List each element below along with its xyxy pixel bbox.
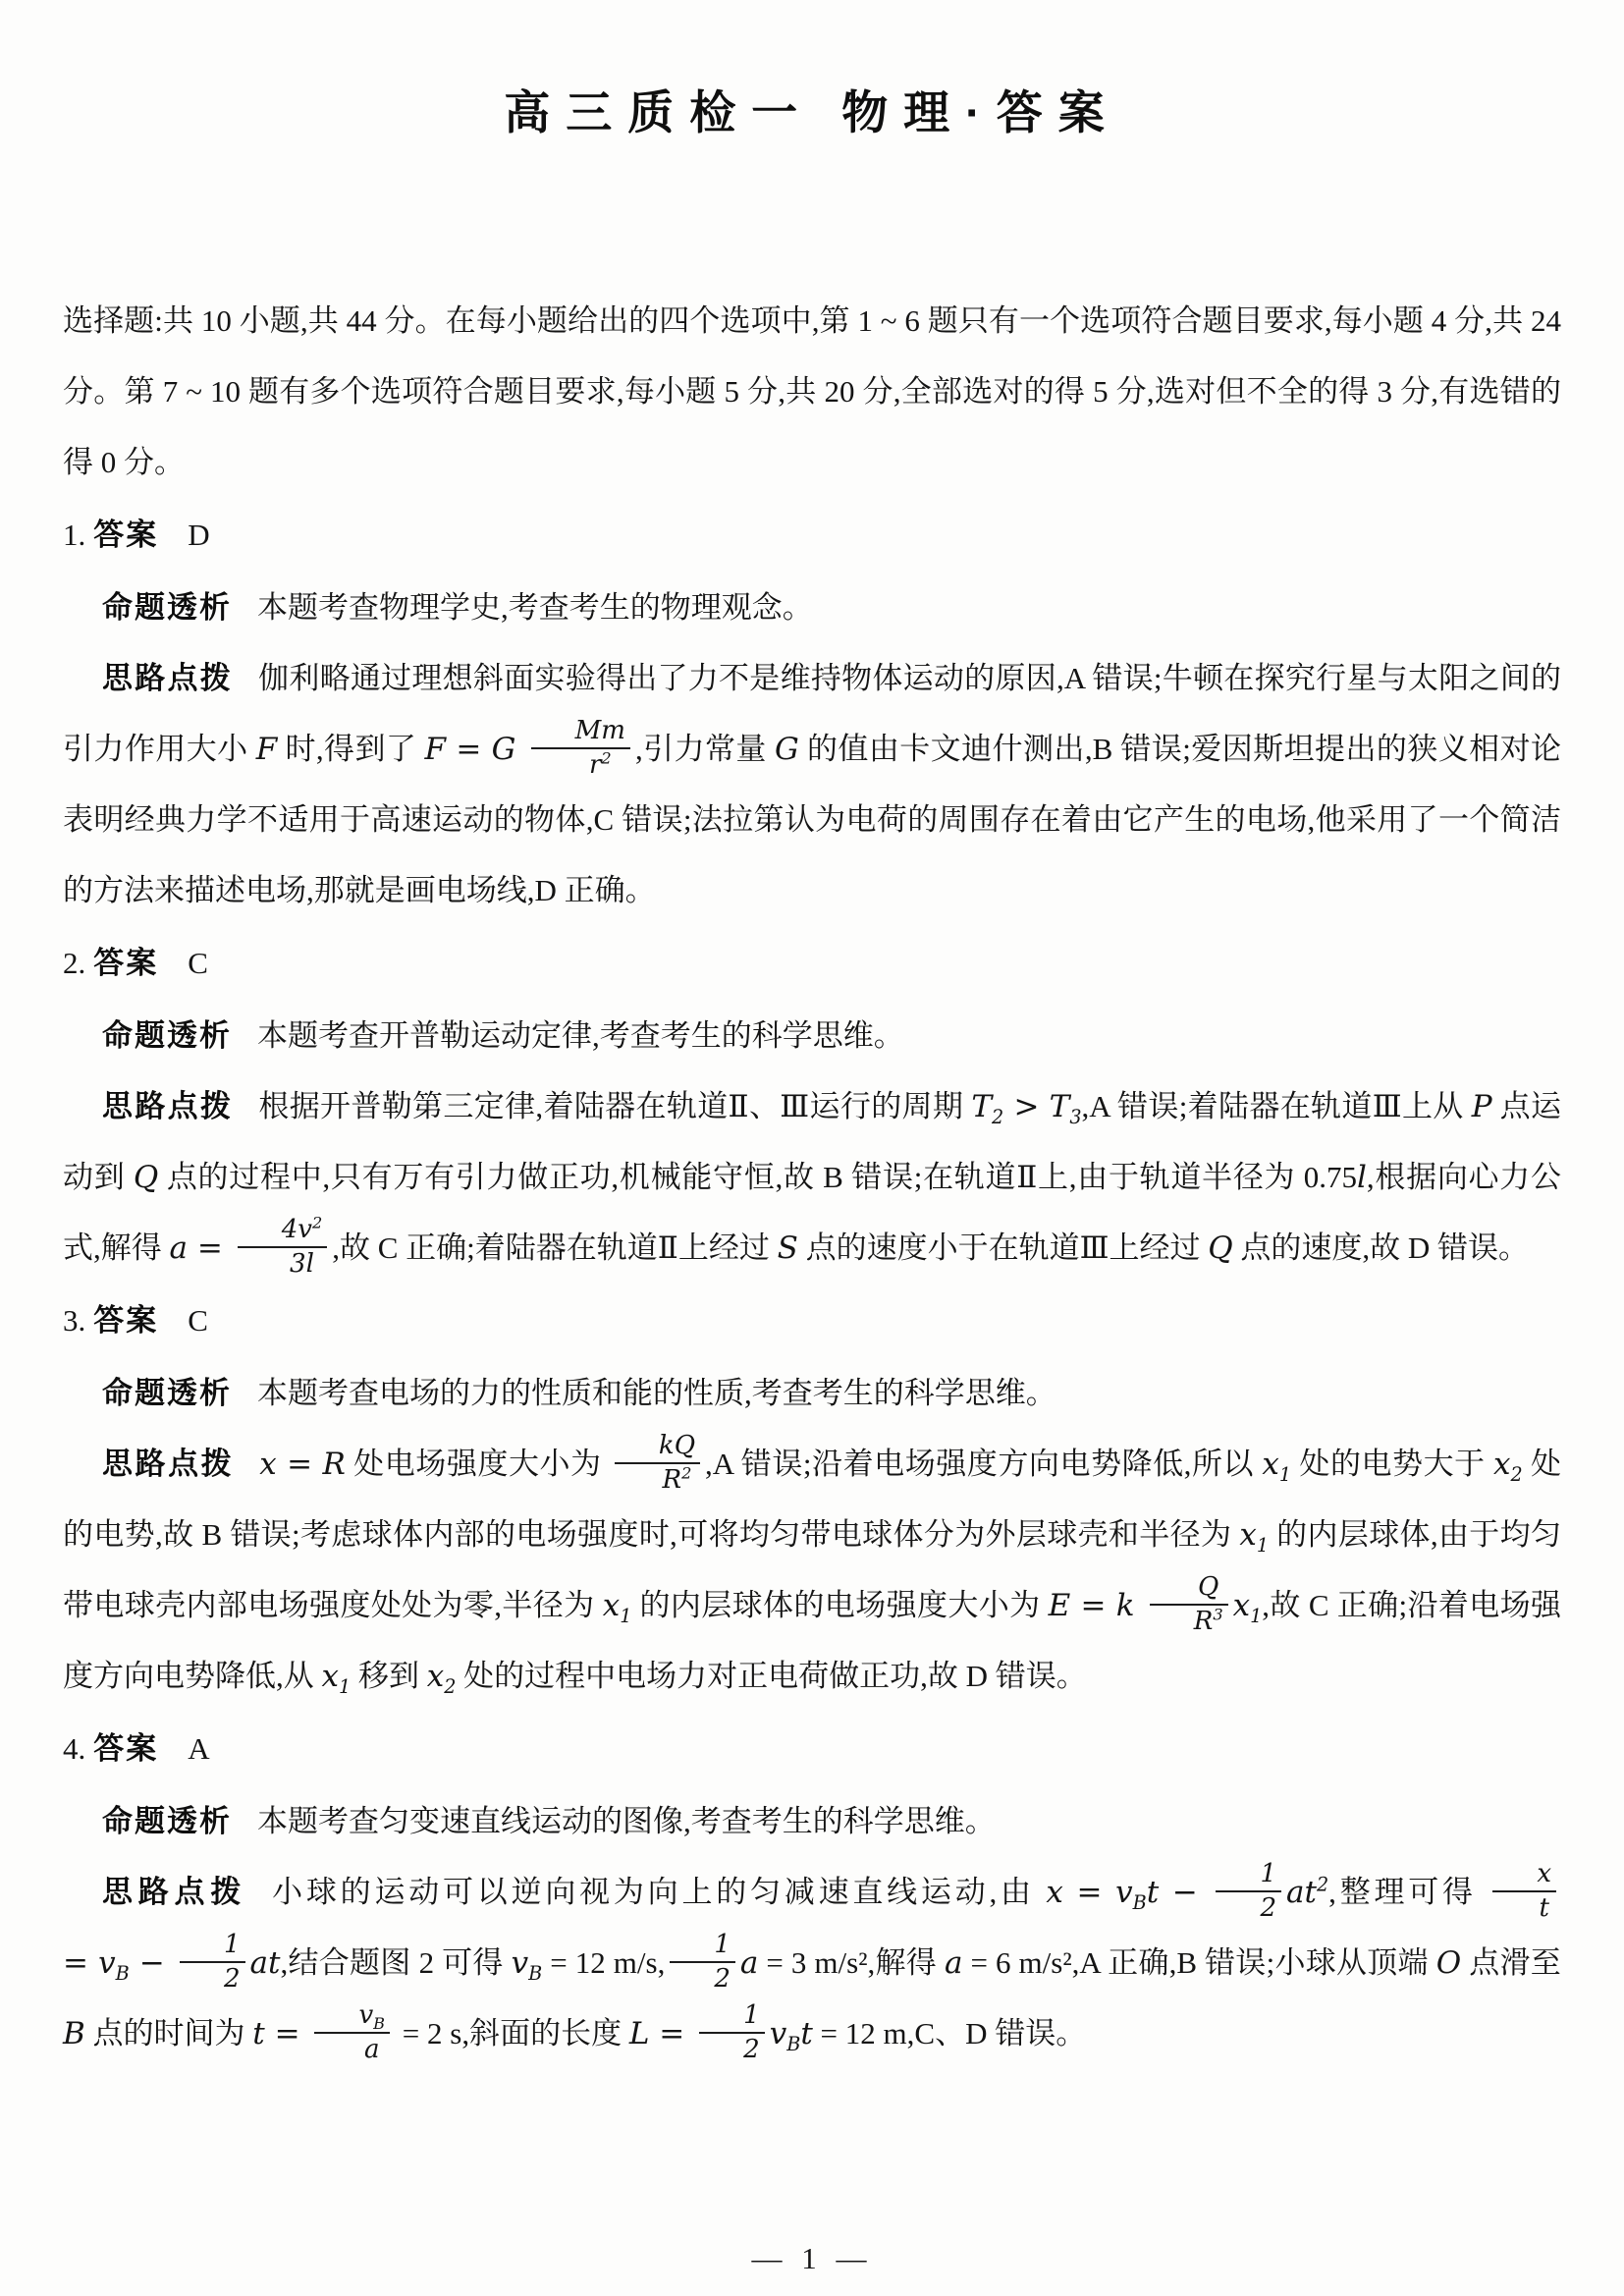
analysis-text: 本题考查电场的力的性质和能的性质,考查考生的科学思维。 bbox=[257, 1376, 1056, 1410]
tips-paragraph: 思路点拨x = R 处电场强度大小为 kQR2,A 错误;沿着电场强度方向电势降… bbox=[63, 1429, 1561, 1712]
analysis-paragraph: 命题透析本题考查匀变速直线运动的图像,考查考生的科学思维。 bbox=[63, 1786, 1561, 1857]
tips-text: 根据开普勒第三定律,着陆器在轨道Ⅱ、Ⅲ运行的周期 T2 > T3,A 错误;着陆… bbox=[63, 1089, 1561, 1265]
tips-paragraph: 思路点拨根据开普勒第三定律,着陆器在轨道Ⅱ、Ⅲ运行的周期 T2 > T3,A 错… bbox=[63, 1071, 1561, 1284]
analysis-label: 命题透析 bbox=[102, 1376, 232, 1410]
answer-line: 4.答案A bbox=[63, 1712, 1561, 1786]
analysis-text: 本题考查物理学史,考查考生的物理观念。 bbox=[257, 590, 813, 625]
analysis-label: 命题透析 bbox=[102, 590, 232, 625]
question-block-4: 4.答案A 命题透析本题考查匀变速直线运动的图像,考查考生的科学思维。 思路点拨… bbox=[63, 1712, 1561, 2069]
question-block-1: 1.答案D 命题透析本题考查物理学史,考查考生的物理观念。 思路点拨伽利略通过理… bbox=[63, 498, 1561, 926]
answer-letter: C bbox=[188, 1303, 208, 1338]
question-block-3: 3.答案C 命题透析本题考查电场的力的性质和能的性质,考查考生的科学思维。 思路… bbox=[63, 1284, 1561, 1712]
tips-text: x = R 处电场强度大小为 kQR2,A 错误;沿着电场强度方向电势降低,所以… bbox=[63, 1447, 1561, 1693]
analysis-paragraph: 命题透析本题考查物理学史,考查考生的物理观念。 bbox=[63, 573, 1561, 643]
answer-letter: D bbox=[188, 518, 209, 552]
answer-line: 2.答案C bbox=[63, 926, 1561, 1001]
tips-text: 伽利略通过理想斜面实验得出了力不是维持物体运动的原因,A 错误;牛顿在探究行星与… bbox=[63, 661, 1561, 907]
analysis-label: 命题透析 bbox=[102, 1804, 232, 1838]
answer-label: 答案 bbox=[93, 518, 158, 552]
answer-label: 答案 bbox=[93, 1303, 158, 1338]
analysis-text: 本题考查匀变速直线运动的图像,考查考生的科学思维。 bbox=[257, 1804, 996, 1838]
question-number: 3. bbox=[63, 1303, 85, 1338]
analysis-label: 命题透析 bbox=[102, 1018, 232, 1053]
question-number: 1. bbox=[63, 518, 85, 552]
question-number: 4. bbox=[63, 1731, 85, 1766]
analysis-paragraph: 命题透析本题考查电场的力的性质和能的性质,考查考生的科学思维。 bbox=[63, 1358, 1561, 1429]
question-block-2: 2.答案C 命题透析本题考查开普勒运动定律,考查考生的科学思维。 思路点拨根据开… bbox=[63, 926, 1561, 1284]
tips-label: 思路点拨 bbox=[102, 1447, 234, 1481]
section-intro: 选择题:共 10 小题,共 44 分。在每小题给出的四个选项中,第 1 ~ 6 … bbox=[63, 286, 1561, 498]
answer-line: 1.答案D bbox=[63, 498, 1561, 573]
page-title: 高三质检一 物理·答案 bbox=[63, 77, 1561, 142]
answer-label: 答案 bbox=[93, 946, 158, 980]
page-number: — 1 — bbox=[0, 2241, 1624, 2276]
analysis-text: 本题考查开普勒运动定律,考查考生的科学思维。 bbox=[257, 1018, 904, 1053]
tips-label: 思路点拨 bbox=[102, 1089, 233, 1123]
question-number: 2. bbox=[63, 946, 85, 980]
answer-label: 答案 bbox=[93, 1731, 158, 1766]
analysis-paragraph: 命题透析本题考查开普勒运动定律,考查考生的科学思维。 bbox=[63, 1001, 1561, 1071]
document-page: 高三质检一 物理·答案 选择题:共 10 小题,共 44 分。在每小题给出的四个… bbox=[0, 0, 1624, 2296]
tips-label: 思路点拨 bbox=[102, 661, 233, 695]
answer-line: 3.答案C bbox=[63, 1284, 1561, 1358]
tips-text: 小球的运动可以逆向视为向上的匀减速直线运动,由 x = vBt − 12at2,… bbox=[63, 1875, 1561, 2050]
document-body: 选择题:共 10 小题,共 44 分。在每小题给出的四个选项中,第 1 ~ 6 … bbox=[63, 286, 1561, 2069]
tips-paragraph: 思路点拨伽利略通过理想斜面实验得出了力不是维持物体运动的原因,A 错误;牛顿在探… bbox=[63, 643, 1561, 926]
tips-label: 思路点拨 bbox=[102, 1875, 246, 1909]
answer-letter: C bbox=[188, 946, 208, 980]
answer-letter: A bbox=[188, 1731, 209, 1766]
tips-paragraph: 思路点拨小球的运动可以逆向视为向上的匀减速直线运动,由 x = vBt − 12… bbox=[63, 1857, 1561, 2069]
